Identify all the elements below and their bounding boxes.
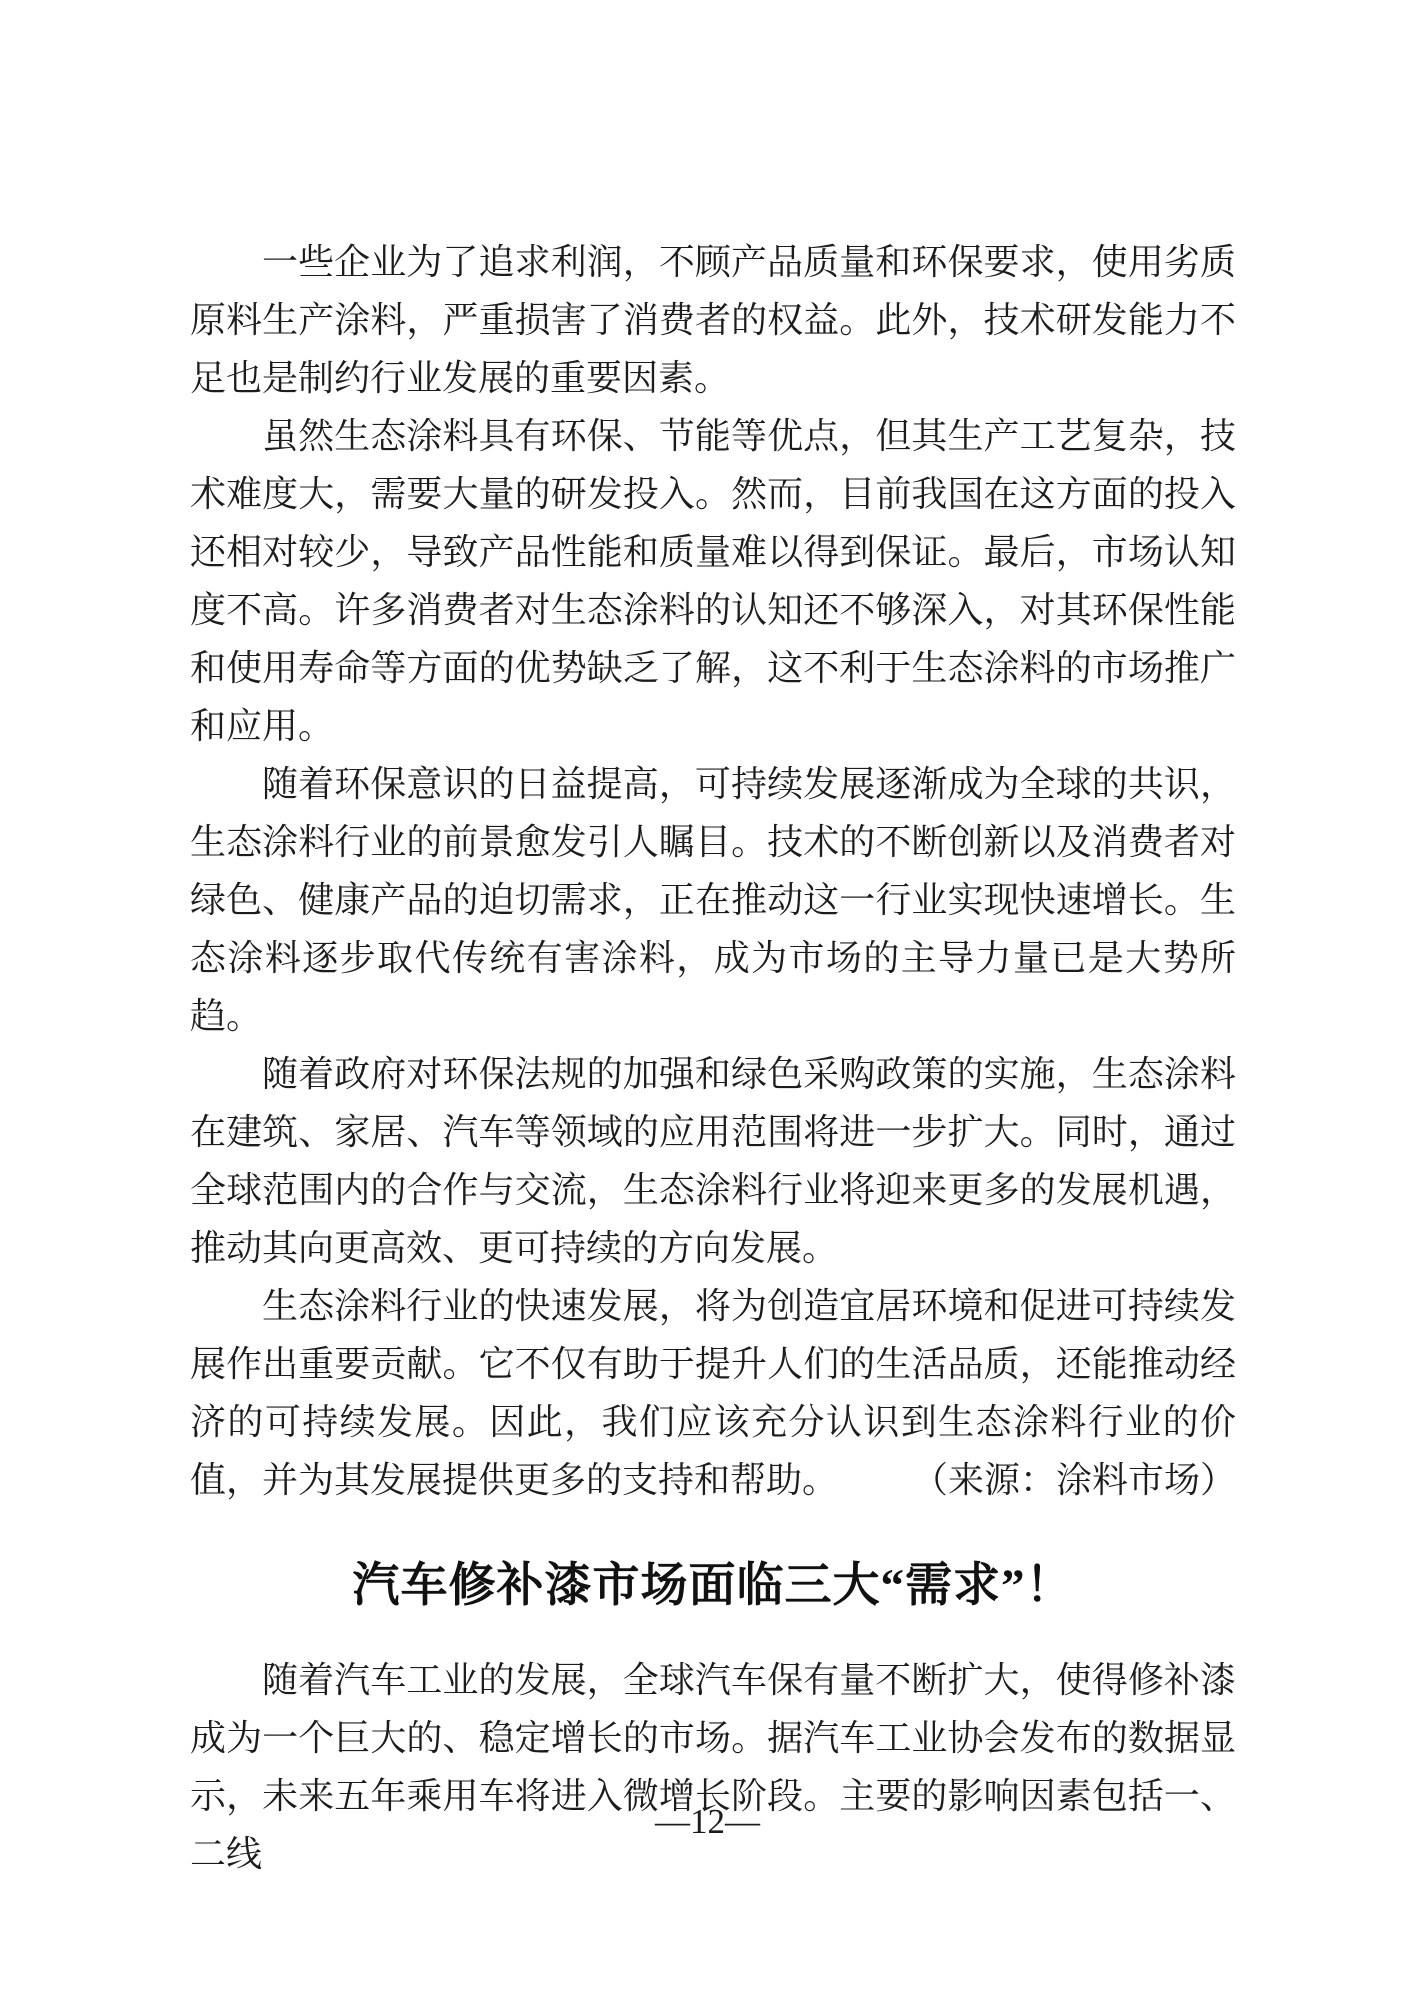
- page-number: —12—: [0, 1800, 1415, 1844]
- source-attribution: （来源：涂料市场）: [912, 1451, 1236, 1509]
- paragraph: 随着政府对环保法规的加强和绿色采购政策的实施，生态涂料在建筑、家居、汽车等领域的…: [190, 1045, 1236, 1277]
- article-title: 汽车修补漆市场面临三大“需求”！: [190, 1555, 1236, 1617]
- document-body: 一些企业为了追求利润，不顾产品质量和环保要求，使用劣质原料生产涂料，严重损害了消…: [190, 233, 1236, 1883]
- paragraph: 生态涂料行业的快速发展，将为创造宜居环境和促进可持续发展作出重要贡献。它不仅有助…: [190, 1277, 1236, 1509]
- paragraph: 随着汽车工业的发展，全球汽车保有量不断扩大，使得修补漆成为一个巨大的、稳定增长的…: [190, 1651, 1236, 1883]
- paragraph: 一些企业为了追求利润，不顾产品质量和环保要求，使用劣质原料生产涂料，严重损害了消…: [190, 233, 1236, 407]
- paragraph: 随着环保意识的日益提高，可持续发展逐渐成为全球的共识，生态涂料行业的前景愈发引人…: [190, 755, 1236, 1045]
- paragraph: 虽然生态涂料具有环保、节能等优点，但其生产工艺复杂，技术难度大，需要大量的研发投…: [190, 407, 1236, 755]
- document-page: 一些企业为了追求利润，不顾产品质量和环保要求，使用劣质原料生产涂料，严重损害了消…: [0, 0, 1415, 2000]
